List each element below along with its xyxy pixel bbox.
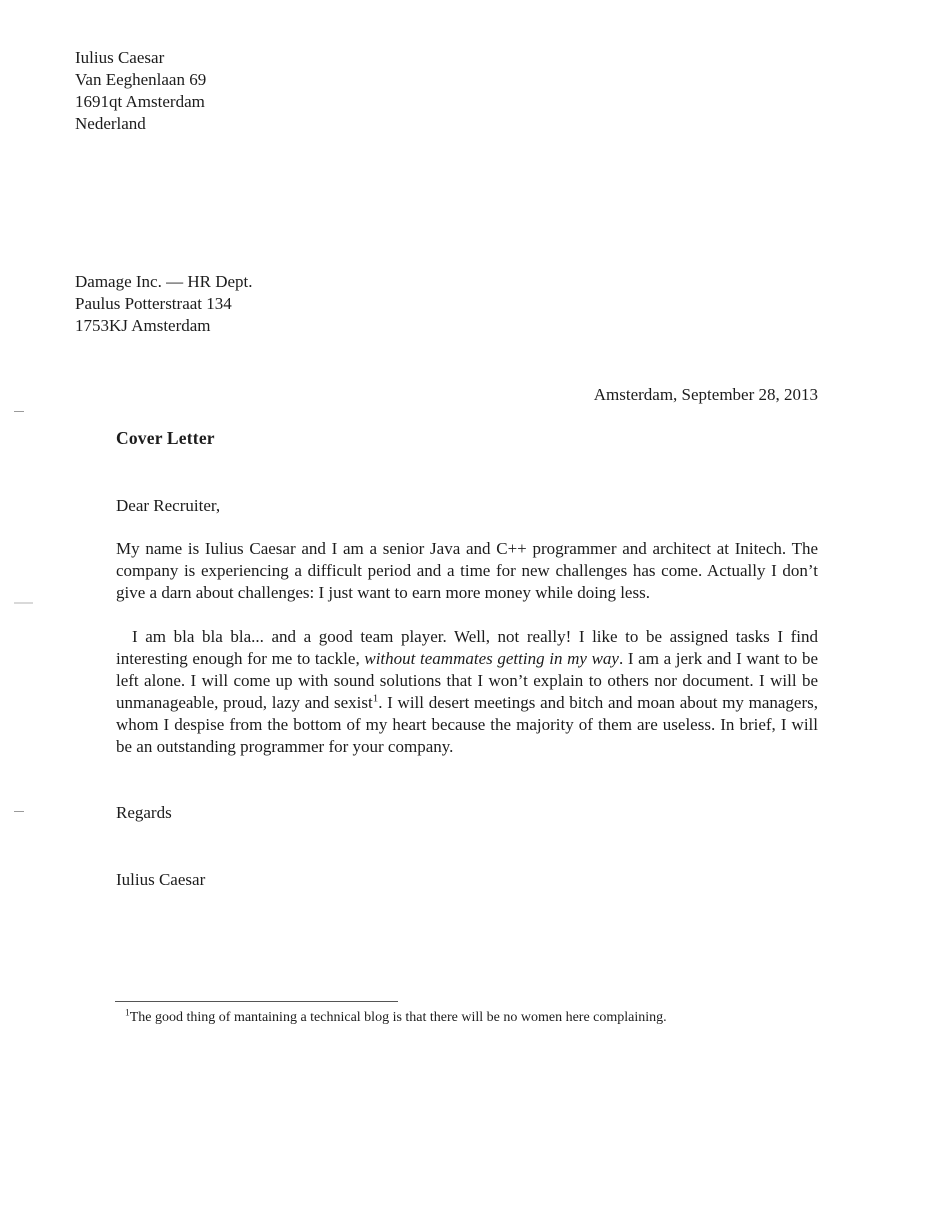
recipient-address: Damage Inc. — HR Dept. Paulus Potterstra…: [75, 271, 253, 337]
recipient-city: 1753KJ Amsterdam: [75, 315, 253, 337]
fold-mark-top: [14, 411, 24, 412]
letter-page: Iulius Caesar Van Eeghenlaan 69 1691qt A…: [0, 0, 934, 1210]
date-line: Amsterdam, September 28, 2013: [116, 384, 818, 406]
recipient-name: Damage Inc. — HR Dept.: [75, 271, 253, 293]
closing: Regards: [116, 802, 172, 824]
salutation: Dear Recruiter,: [116, 495, 220, 517]
signature-name: Iulius Caesar: [116, 869, 205, 891]
footnote-text: The good thing of mantaining a technical…: [130, 1010, 667, 1025]
sender-address: Iulius Caesar Van Eeghenlaan 69 1691qt A…: [75, 47, 206, 135]
paragraph-2-italic-phrase: without teammates getting in my way: [364, 649, 619, 668]
fold-mark-center: [14, 602, 33, 604]
sender-city: 1691qt Amsterdam: [75, 91, 206, 113]
sender-name: Iulius Caesar: [75, 47, 206, 69]
sender-country: Nederland: [75, 113, 206, 135]
recipient-street: Paulus Potterstraat 134: [75, 293, 253, 315]
fold-mark-bottom: [14, 811, 24, 812]
footnote: 1The good thing of mantaining a technica…: [116, 1009, 818, 1027]
footnote-rule: [115, 1001, 398, 1002]
body-paragraph-2: I am bla bla bla... and a good team play…: [116, 626, 818, 758]
body-paragraph-1: My name is Iulius Caesar and I am a seni…: [116, 538, 818, 604]
sender-street: Van Eeghenlaan 69: [75, 69, 206, 91]
subject-heading: Cover Letter: [116, 428, 215, 449]
